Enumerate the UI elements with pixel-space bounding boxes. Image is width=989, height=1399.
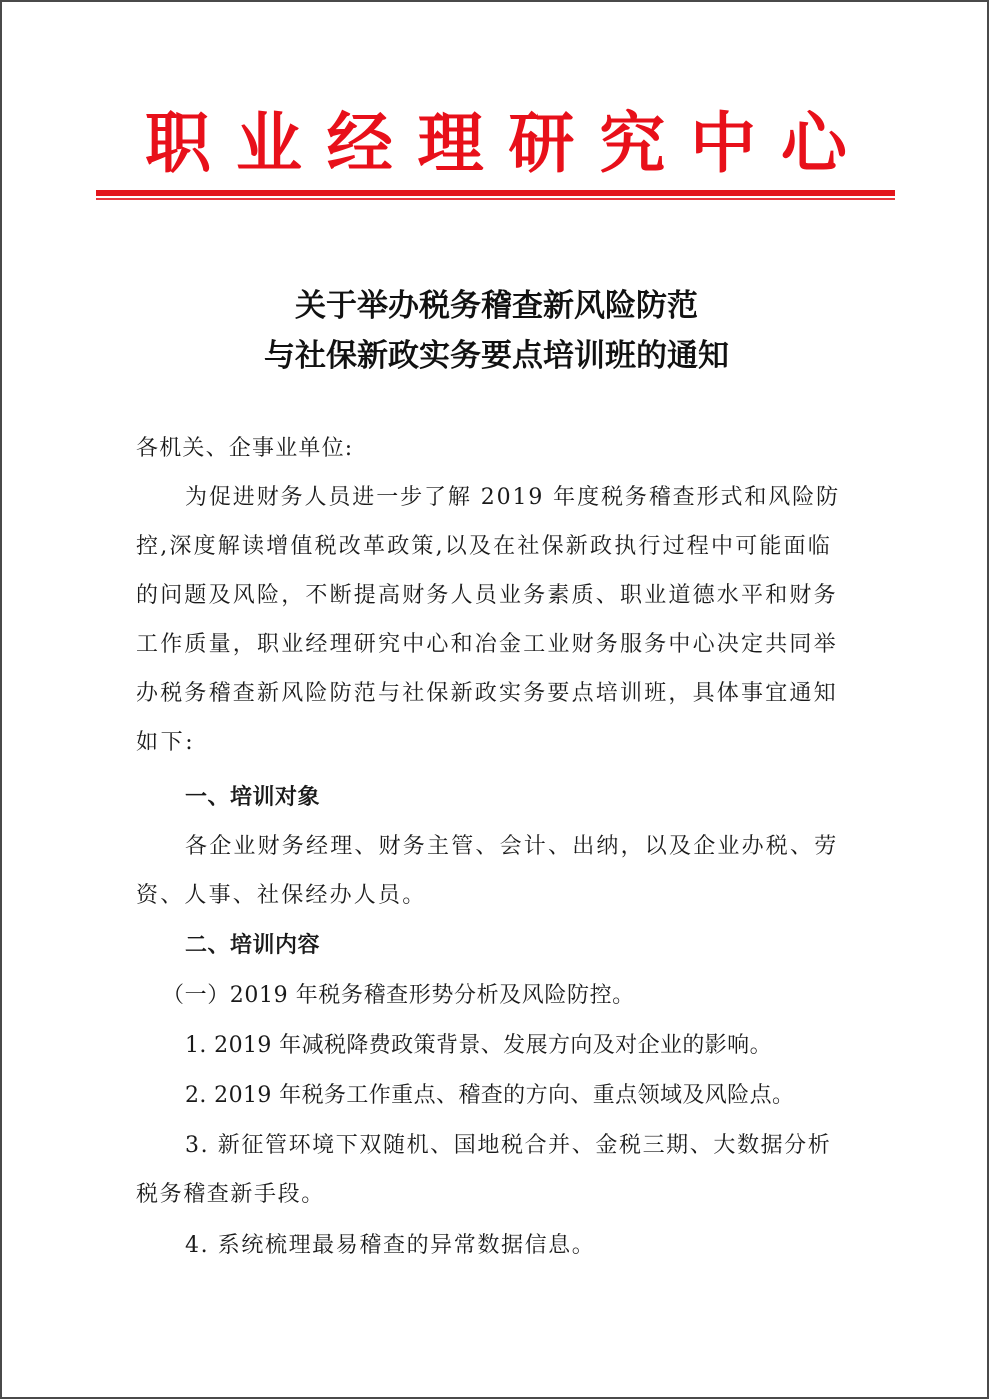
content-item-3: 3. 新征管环境下双随机、国地税合并、金税三期、大数据分析 [185,1131,831,1161]
letterhead-char: 研 [508,102,574,184]
document-title-line-1: 关于举办税务稽查新风险防范 [2,280,989,325]
letterhead-org-name: 职 业 经 理 研 究 中 心 [95,102,895,184]
content-item-4: 4. 系统梳理最易稽查的异常数据信息。 [185,1231,595,1261]
letterhead-rule-thin [96,198,895,200]
letterhead-char: 业 [236,102,302,184]
letterhead-char: 究 [599,102,665,184]
subsection-heading: （一）2019 年税务稽查形势分析及风险防控。 [162,981,635,1011]
intro-paragraph-line: 工作质量，职业经理研究中心和冶金工业财务服务中心决定共同举 [136,630,838,660]
section-text-line: 资、人事、社保经办人员。 [136,881,426,911]
section-heading-training-targets: 一、培训对象 [185,783,320,813]
content-item-2: 2. 2019 年税务工作重点、稽查的方向、重点领域及风险点。 [185,1081,794,1111]
intro-paragraph-line: 办税务稽查新风险防范与社保新政实务要点培训班，具体事宜通知 [136,679,838,709]
intro-paragraph-line: 为促进财务人员进一步了解 2019 年度税务稽查形式和风险防 [185,483,840,513]
intro-paragraph-line: 如下: [136,728,195,758]
content-item-3-continued: 税务稽查新手段。 [136,1180,325,1210]
content-item-1: 1. 2019 年减税降费政策背景、发展方向及对企业的影响。 [185,1031,772,1061]
letterhead-char: 理 [418,102,484,184]
letterhead-char: 中 [690,102,756,184]
intro-paragraph-line: 控,深度解读增值税改革政策,以及在社保新政执行过程中可能面临 [136,532,832,562]
section-heading-training-content: 二、培训内容 [185,931,320,961]
letterhead-char: 经 [327,102,393,184]
salutation: 各机关、企事业单位: [136,434,353,464]
document-title-line-2: 与社保新政实务要点培训班的通知 [2,330,989,375]
document-page: 职 业 经 理 研 究 中 心 关于举办税务稽查新风险防范 与社保新政实务要点培… [0,0,989,1399]
intro-paragraph-line: 的问题及风险，不断提高财务人员业务素质、职业道德水平和财务 [136,581,838,611]
letterhead-char: 职 [145,102,211,184]
letterhead-rule-thick [96,190,895,196]
section-text-line: 各企业财务经理、财务主管、会计、出纳，以及企业办税、劳 [185,832,838,862]
letterhead-char: 心 [781,102,847,184]
